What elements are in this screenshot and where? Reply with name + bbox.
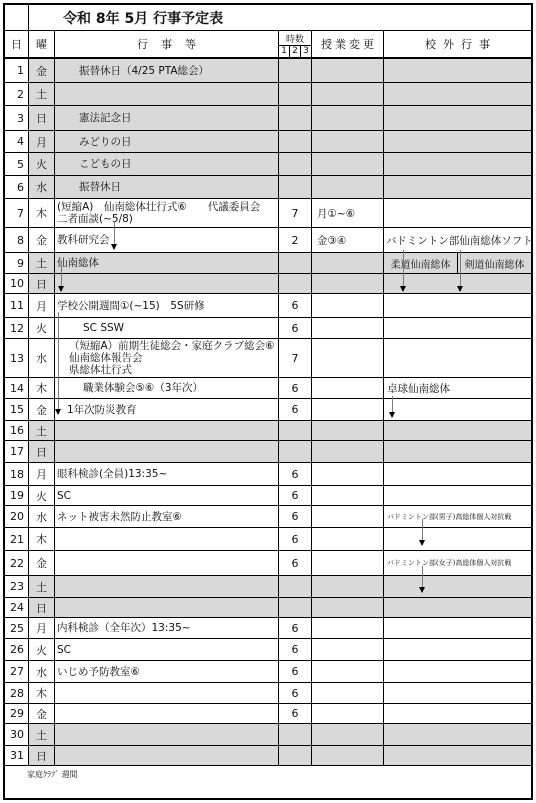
class-change-cell <box>312 746 384 765</box>
table-row: 25月内科検診（全年次）13:35~6 <box>5 618 531 639</box>
day-cell: 11 <box>5 294 29 317</box>
day-cell: 29 <box>5 704 29 723</box>
day-cell: 17 <box>5 441 29 462</box>
event-text: 仙南総体報告会 <box>55 352 143 364</box>
day-cell: 8 <box>5 228 29 252</box>
badminton-men-continuation-arrow <box>422 519 423 545</box>
events-cell: SC SSW <box>55 318 279 338</box>
outside-events-cell <box>384 399 531 420</box>
table-row: 3日憲法記念日 <box>5 106 531 131</box>
day-cell: 4 <box>5 131 29 152</box>
day-cell: 22 <box>5 551 29 575</box>
day-cell: 16 <box>5 421 29 440</box>
open-week-continuation-arrow <box>58 312 59 414</box>
class-change-cell <box>312 506 384 527</box>
hours-cell <box>279 153 312 175</box>
class-change-cell <box>312 83 384 105</box>
table-row: 10日 <box>5 274 531 294</box>
outside-event-text: 剣道仙南総体 <box>457 253 531 273</box>
events-cell: ネット被害未然防止教室⑥ <box>55 506 279 527</box>
weekday-cell: 日 <box>29 746 55 765</box>
class-change-cell <box>312 274 384 293</box>
schedule-sheet: 令和 8年 5月 行事予定表 日 曜 行事等 時数 1 2 3 授業変更 校外行… <box>0 0 536 803</box>
table-row: 16土 <box>5 421 531 441</box>
events-cell <box>55 704 279 723</box>
table-row: 28木6 <box>5 683 531 704</box>
hours-cell <box>279 59 312 82</box>
outside-events-cell <box>384 639 531 660</box>
weekday-cell: 水 <box>29 661 55 682</box>
class-change-cell <box>312 724 384 745</box>
hours-cell <box>279 274 312 293</box>
weekday-cell: 日 <box>29 441 55 462</box>
event-text: 振替休日（4/25 PTA総会） <box>55 65 209 77</box>
weekday-cell: 月 <box>29 463 55 485</box>
weekday-cell: 金 <box>29 551 55 575</box>
weekday-cell: 月 <box>29 294 55 317</box>
class-change-cell <box>312 421 384 440</box>
header-day: 日 <box>5 31 29 57</box>
event-text: 憲法記念日 <box>55 112 132 124</box>
hours-cell: 6 <box>279 639 312 660</box>
table-row: 14木職業体験会⑤⑥（3年次）6卓球仙南総体 <box>5 378 531 399</box>
events-cell: 憲法記念日 <box>55 106 279 130</box>
table-row: 13水（短縮A）前期生徒総会・家庭クラブ総会⑥仙南総体報告会県総体壮行式7 <box>5 339 531 378</box>
class-change-cell <box>312 441 384 462</box>
outside-events-cell: 卓球仙南総体 <box>384 378 531 398</box>
hours-cell: 7 <box>279 339 312 377</box>
footer-note: 家庭ｸﾗﾌﾞ 週間 <box>27 769 78 780</box>
hours-cell: 6 <box>279 661 312 682</box>
weekday-cell: 水 <box>29 506 55 527</box>
day-cell: 14 <box>5 378 29 398</box>
class-change-cell <box>312 253 384 273</box>
day-cell: 3 <box>5 106 29 130</box>
outside-events-cell <box>384 441 531 462</box>
outside-events-cell <box>384 59 531 82</box>
hours-cell: 6 <box>279 683 312 703</box>
class-change-cell <box>312 106 384 130</box>
hours-cell: 6 <box>279 486 312 505</box>
outside-events-cell <box>384 153 531 175</box>
hours-cell: 6 <box>279 399 312 420</box>
day-cell: 27 <box>5 661 29 682</box>
events-cell <box>55 441 279 462</box>
header-hours-label: 時数 <box>279 31 311 45</box>
class-change-cell <box>312 318 384 338</box>
weekday-cell: 木 <box>29 199 55 227</box>
weekday-cell: 木 <box>29 528 55 550</box>
events-cell: 振替休日 <box>55 176 279 198</box>
hours-cell <box>279 131 312 152</box>
header-events: 行事等 <box>55 31 279 57</box>
table-row: 2土 <box>5 83 531 106</box>
table-row: 1金振替休日（4/25 PTA総会） <box>5 59 531 83</box>
class-change-cell: 月①~⑥ <box>312 199 384 227</box>
day-cell: 5 <box>5 153 29 175</box>
hours-cell: 2 <box>279 228 312 252</box>
class-change-cell <box>312 339 384 377</box>
hours-cell: 6 <box>279 463 312 485</box>
hours-cell <box>279 576 312 597</box>
outside-events-cell <box>384 486 531 505</box>
events-cell: 仙南総体 <box>55 253 279 273</box>
weekday-cell: 日 <box>29 598 55 617</box>
header-hours-sub-2: 2 <box>290 46 301 57</box>
weekday-cell: 金 <box>29 59 55 82</box>
hours-cell <box>279 421 312 440</box>
outside-events-cell: 柔道仙南総体剣道仙南総体 <box>384 253 531 273</box>
day-cell: 2 <box>5 83 29 105</box>
weekday-cell: 金 <box>29 228 55 252</box>
event-text: いじめ予防教室⑥ <box>55 666 140 678</box>
event-text: 県総体壮行式 <box>55 364 132 376</box>
class-change-cell <box>312 294 384 317</box>
events-cell: 教科研究会 <box>55 228 279 252</box>
table-row: 27水いじめ予防教室⑥6 <box>5 661 531 683</box>
interview-continuation-arrow <box>114 221 115 249</box>
event-text: （短縮A）前期生徒総会・家庭クラブ総会⑥ <box>55 340 275 352</box>
class-change-cell <box>312 551 384 575</box>
events-cell: 眼科検診(全員)13:35~ <box>55 463 279 485</box>
hours-cell <box>279 724 312 745</box>
events-cell: （短縮A）前期生徒総会・家庭クラブ総会⑥仙南総体報告会県総体壮行式 <box>55 339 279 377</box>
hours-cell <box>279 253 312 273</box>
outside-events-cell <box>384 746 531 765</box>
hours-cell: 6 <box>279 506 312 527</box>
event-text: 学校公開週間①(~15) 5S研修 <box>55 300 205 312</box>
table-row: 23土 <box>5 576 531 598</box>
event-text: ネット被害未然防止教室⑥ <box>55 511 182 523</box>
tabletennis-continuation-arrow <box>392 396 393 417</box>
weekday-cell: 日 <box>29 274 55 293</box>
class-change-cell <box>312 378 384 398</box>
events-cell <box>55 421 279 440</box>
outside-events-cell <box>384 576 531 597</box>
outside-events-cell <box>384 683 531 703</box>
class-change-cell <box>312 463 384 485</box>
day-cell: 21 <box>5 528 29 550</box>
day-cell: 6 <box>5 176 29 198</box>
table-row: 11月学校公開週間①(~15) 5S研修6 <box>5 294 531 318</box>
outside-events-cell <box>384 83 531 105</box>
badminton-women-continuation-arrow <box>422 566 423 592</box>
weekday-cell: 火 <box>29 153 55 175</box>
day-cell: 7 <box>5 199 29 227</box>
outside-events-cell <box>384 339 531 377</box>
sennan-sotai-continuation-arrow <box>61 267 62 291</box>
events-cell: SC <box>55 639 279 660</box>
weekday-cell: 火 <box>29 318 55 338</box>
day-cell: 30 <box>5 724 29 745</box>
events-cell: 1年次防災教育 <box>55 399 279 420</box>
softtennis-sennan-continuation-arrow <box>460 250 461 291</box>
weekday-cell: 日 <box>29 106 55 130</box>
table-row: 31日 <box>5 746 531 766</box>
events-cell <box>55 274 279 293</box>
day-cell: 15 <box>5 399 29 420</box>
table-row: 17日 <box>5 441 531 463</box>
weekday-cell: 火 <box>29 639 55 660</box>
class-change-cell <box>312 661 384 682</box>
table-row: 19火SC6 <box>5 486 531 506</box>
weekday-cell: 土 <box>29 724 55 745</box>
header-hours: 時数 1 2 3 <box>279 31 312 57</box>
table-row: 5火こどもの日 <box>5 153 531 176</box>
weekday-cell: 土 <box>29 576 55 597</box>
weekday-cell: 木 <box>29 378 55 398</box>
table-row: 8金教科研究会2金③④バドミントン部仙南総体ソフトテニス部仙南総体 <box>5 228 531 253</box>
weekday-cell: 土 <box>29 421 55 440</box>
outside-events-cell <box>384 421 531 440</box>
hours-cell <box>279 106 312 130</box>
day-cell: 13 <box>5 339 29 377</box>
header-hours-subcolumns: 1 2 3 <box>279 45 311 57</box>
hours-cell: 6 <box>279 294 312 317</box>
outside-events-cell <box>384 131 531 152</box>
hours-cell <box>279 441 312 462</box>
event-text: こどもの日 <box>55 158 132 170</box>
events-cell <box>55 746 279 765</box>
table-row: 29金6 <box>5 704 531 724</box>
hours-cell <box>279 746 312 765</box>
weekday-cell: 金 <box>29 704 55 723</box>
header-row: 日 曜 行事等 時数 1 2 3 授業変更 校外行事 <box>5 31 531 59</box>
class-change-cell <box>312 683 384 703</box>
class-change-cell <box>312 153 384 175</box>
day-cell: 12 <box>5 318 29 338</box>
event-text: 内科検診（全年次）13:35~ <box>55 622 191 634</box>
outside-events-cell <box>384 199 531 227</box>
table-row: 7木(短縮A) 仙南総体壮行式⑥ 代議委員会二者面談(~5/8)7月①~⑥ <box>5 199 531 228</box>
events-cell: いじめ予防教室⑥ <box>55 661 279 682</box>
hours-cell <box>279 176 312 198</box>
event-text: 二者面談(~5/8) <box>55 213 133 225</box>
weekday-cell: 土 <box>29 83 55 105</box>
event-text: 1年次防災教育 <box>55 404 137 416</box>
event-text: SC <box>55 490 71 502</box>
badminton-sennan-continuation-arrow <box>403 250 404 291</box>
header-class-change: 授業変更 <box>312 31 384 57</box>
table-row: 6水振替休日 <box>5 176 531 199</box>
hours-cell: 7 <box>279 199 312 227</box>
table-row: 9土仙南総体柔道仙南総体剣道仙南総体 <box>5 253 531 274</box>
outside-event-text: バドミントン部仙南総体 <box>386 233 501 248</box>
outside-events-cell <box>384 176 531 198</box>
events-cell: 学校公開週間①(~15) 5S研修 <box>55 294 279 317</box>
footer-row: 家庭ｸﾗﾌﾞ 週間 <box>5 766 531 798</box>
events-cell <box>55 598 279 617</box>
class-change-cell <box>312 576 384 597</box>
outside-events-cell <box>384 598 531 617</box>
class-change-cell <box>312 486 384 505</box>
day-cell: 20 <box>5 506 29 527</box>
outside-events-cell: バドミントン部仙南総体ソフトテニス部仙南総体 <box>384 228 531 252</box>
event-text: みどりの日 <box>55 136 132 148</box>
events-cell <box>55 576 279 597</box>
day-cell: 1 <box>5 59 29 82</box>
day-cell: 19 <box>5 486 29 505</box>
events-cell: みどりの日 <box>55 131 279 152</box>
outside-event-text: ソフトテニス部仙南総体 <box>501 233 531 248</box>
events-cell <box>55 683 279 703</box>
weekday-cell: 水 <box>29 339 55 377</box>
table-row: 4月みどりの日 <box>5 131 531 153</box>
class-change-cell: 金③④ <box>312 228 384 252</box>
outside-events-cell <box>384 463 531 485</box>
hours-cell: 6 <box>279 551 312 575</box>
weekday-cell: 木 <box>29 683 55 703</box>
header-outside-events: 校外行事 <box>384 31 531 57</box>
events-cell: 内科検診（全年次）13:35~ <box>55 618 279 638</box>
weekday-cell: 土 <box>29 253 55 273</box>
weekday-cell: 火 <box>29 486 55 505</box>
class-change-cell <box>312 399 384 420</box>
class-change-cell <box>312 639 384 660</box>
class-change-cell <box>312 528 384 550</box>
outside-events-cell <box>384 294 531 317</box>
day-cell: 25 <box>5 618 29 638</box>
header-hours-sub-3: 3 <box>301 46 311 57</box>
outside-events-cell: バドミントン部(男子)高総体個人対抗戦 <box>384 506 531 527</box>
event-text: (短縮A) 仙南総体壮行式⑥ 代議委員会 <box>55 201 260 213</box>
outside-events-cell <box>384 618 531 638</box>
weekday-cell: 月 <box>29 131 55 152</box>
events-cell <box>55 83 279 105</box>
events-cell: こどもの日 <box>55 153 279 175</box>
table-row: 20水ネット被害未然防止教室⑥6バドミントン部(男子)高総体個人対抗戦 <box>5 506 531 528</box>
class-change-cell <box>312 704 384 723</box>
table-row: 12火SC SSW6 <box>5 318 531 339</box>
class-change-cell <box>312 598 384 617</box>
schedule-body: 1金振替休日（4/25 PTA総会）2土3日憲法記念日4月みどりの日5火こどもの… <box>5 59 531 766</box>
page-title: 令和 8年 5月 行事予定表 <box>29 5 531 30</box>
events-cell: 振替休日（4/25 PTA総会） <box>55 59 279 82</box>
events-cell <box>55 724 279 745</box>
event-text: 振替休日 <box>55 181 121 193</box>
title-stub-cell <box>5 5 29 30</box>
outside-events-cell <box>384 528 531 550</box>
header-hours-sub-1: 1 <box>279 46 290 57</box>
outside-event-text: 柔道仙南総体 <box>384 253 457 273</box>
table-row: 15金1年次防災教育6 <box>5 399 531 421</box>
hours-cell: 6 <box>279 528 312 550</box>
event-text: 眼科検診(全員)13:35~ <box>55 468 167 480</box>
table-row: 24日 <box>5 598 531 618</box>
hours-cell: 6 <box>279 378 312 398</box>
day-cell: 24 <box>5 598 29 617</box>
events-cell: (短縮A) 仙南総体壮行式⑥ 代議委員会二者面談(~5/8) <box>55 199 279 227</box>
outside-events-cell: バドミントン部(女子)高総体個人対抗戦 <box>384 551 531 575</box>
events-cell: SC <box>55 486 279 505</box>
event-text: SC SSW <box>55 322 124 334</box>
table-row: 26火SC6 <box>5 639 531 661</box>
header-weekday: 曜 <box>29 31 55 57</box>
events-cell <box>55 528 279 550</box>
class-change-cell <box>312 618 384 638</box>
class-change-cell <box>312 131 384 152</box>
outside-events-cell <box>384 106 531 130</box>
hours-cell <box>279 83 312 105</box>
day-cell: 31 <box>5 746 29 765</box>
day-cell: 18 <box>5 463 29 485</box>
outside-events-cell <box>384 661 531 682</box>
table-row: 22金6バドミントン部(女子)高総体個人対抗戦 <box>5 551 531 576</box>
event-text: 職業体験会⑤⑥（3年次） <box>55 382 203 394</box>
weekday-cell: 月 <box>29 618 55 638</box>
hours-cell: 6 <box>279 318 312 338</box>
day-cell: 26 <box>5 639 29 660</box>
day-cell: 28 <box>5 683 29 703</box>
hours-cell <box>279 598 312 617</box>
outside-events-cell <box>384 724 531 745</box>
hours-cell: 6 <box>279 704 312 723</box>
day-cell: 23 <box>5 576 29 597</box>
weekday-cell: 水 <box>29 176 55 198</box>
table-row: 30土 <box>5 724 531 746</box>
events-cell <box>55 551 279 575</box>
day-cell: 10 <box>5 274 29 293</box>
schedule-table: 令和 8年 5月 行事予定表 日 曜 行事等 時数 1 2 3 授業変更 校外行… <box>3 3 533 800</box>
events-cell: 職業体験会⑤⑥（3年次） <box>55 378 279 398</box>
day-cell: 9 <box>5 253 29 273</box>
class-change-cell <box>312 59 384 82</box>
event-text: SC <box>55 644 71 656</box>
hours-cell: 6 <box>279 618 312 638</box>
title-row: 令和 8年 5月 行事予定表 <box>5 5 531 31</box>
event-text: 教科研究会 <box>55 234 110 246</box>
weekday-cell: 金 <box>29 399 55 420</box>
outside-events-cell <box>384 704 531 723</box>
table-row: 21木6 <box>5 528 531 551</box>
outside-events-cell <box>384 318 531 338</box>
class-change-cell <box>312 176 384 198</box>
table-row: 18月眼科検診(全員)13:35~6 <box>5 463 531 486</box>
